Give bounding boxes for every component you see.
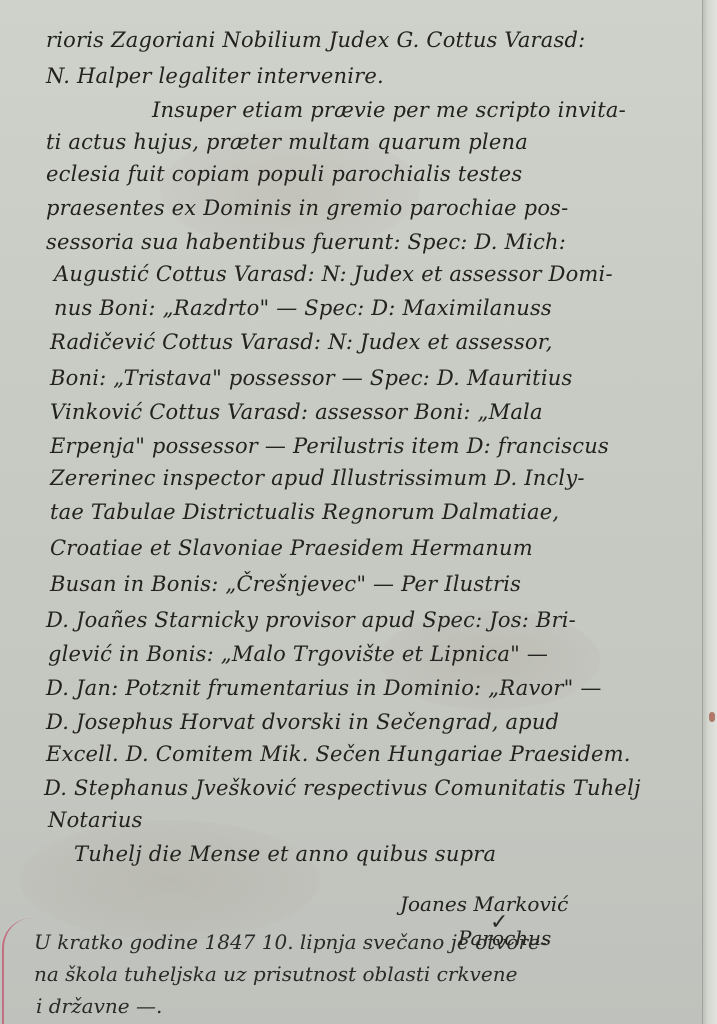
document-page: rioris Zagoriani Nobilium Judex G. Cottu… [0, 0, 717, 1024]
text-line: Notarius [48, 808, 143, 832]
text-line: Erpenja" possessor — Perilustris item D:… [50, 434, 609, 458]
text-line: Croatiae et Slavoniae Praesidem Hermanum [50, 536, 533, 560]
text-line: D. Josephus Horvat dvorski in Sečengrad,… [46, 710, 559, 734]
text-line: Boni: „Tristava" possessor — Spec: D. Ma… [50, 366, 572, 390]
text-line: Vinković Cottus Varasd: assessor Boni: „… [50, 400, 543, 424]
text-line: Zererinec inspector apud Illustrissimum … [50, 466, 585, 490]
text-line: Excell. D. Comitem Mik. Sečen Hungariae … [46, 742, 631, 766]
text-line: praesentes ex Dominis in gremio parochia… [46, 196, 568, 220]
margin-mark [2, 918, 34, 1024]
text-line: Radičević Cottus Varasd: N: Judex et ass… [50, 330, 553, 354]
text-line: Insuper etiam prævie per me scripto invi… [152, 98, 626, 122]
text-line: rioris Zagoriani Nobilium Judex G. Cottu… [46, 28, 585, 52]
text-line: nus Boni: „Razdrto" — Spec: D: Maximilan… [54, 296, 552, 320]
text-line: D. Jan: Potznit frumentarius in Dominio:… [46, 676, 602, 700]
paper-stain [20, 820, 320, 940]
edge-mark [709, 712, 715, 722]
footnote-line: na škola tuheljska uz prisutnost oblasti… [34, 962, 517, 986]
text-line: Augustić Cottus Varasd: N: Judex et asse… [54, 262, 613, 286]
text-line: D. Joañes Starnicky provisor apud Spec: … [46, 608, 576, 632]
text-line: Busan in Bonis: „Črešnjevec" — Per Ilust… [50, 572, 521, 596]
text-line: tae Tabulae Districtualis Regnorum Dalma… [50, 500, 559, 524]
page-edge [702, 0, 717, 1024]
text-line: sessoria sua habentibus fuerunt: Spec: D… [46, 230, 566, 254]
text-line: D. Stephanus Jvešković respectivus Comun… [44, 776, 641, 800]
footnote-line: U kratko godine 1847 10. lipnja svečano … [34, 930, 547, 954]
text-line: eclesia fuit copiam populi parochialis t… [46, 162, 522, 186]
text-line: ti actus hujus, præter multam quarum ple… [46, 130, 528, 154]
footnote-line: i državne —. [36, 994, 162, 1018]
signature-name: Joanes Marković [400, 892, 568, 916]
text-line: N. Halper legaliter intervenire. [46, 64, 384, 88]
text-line: glević in Bonis: „Malo Trgovište et Lipn… [48, 642, 548, 666]
text-line: Tuhelj die Mense et anno quibus supra [74, 842, 496, 866]
